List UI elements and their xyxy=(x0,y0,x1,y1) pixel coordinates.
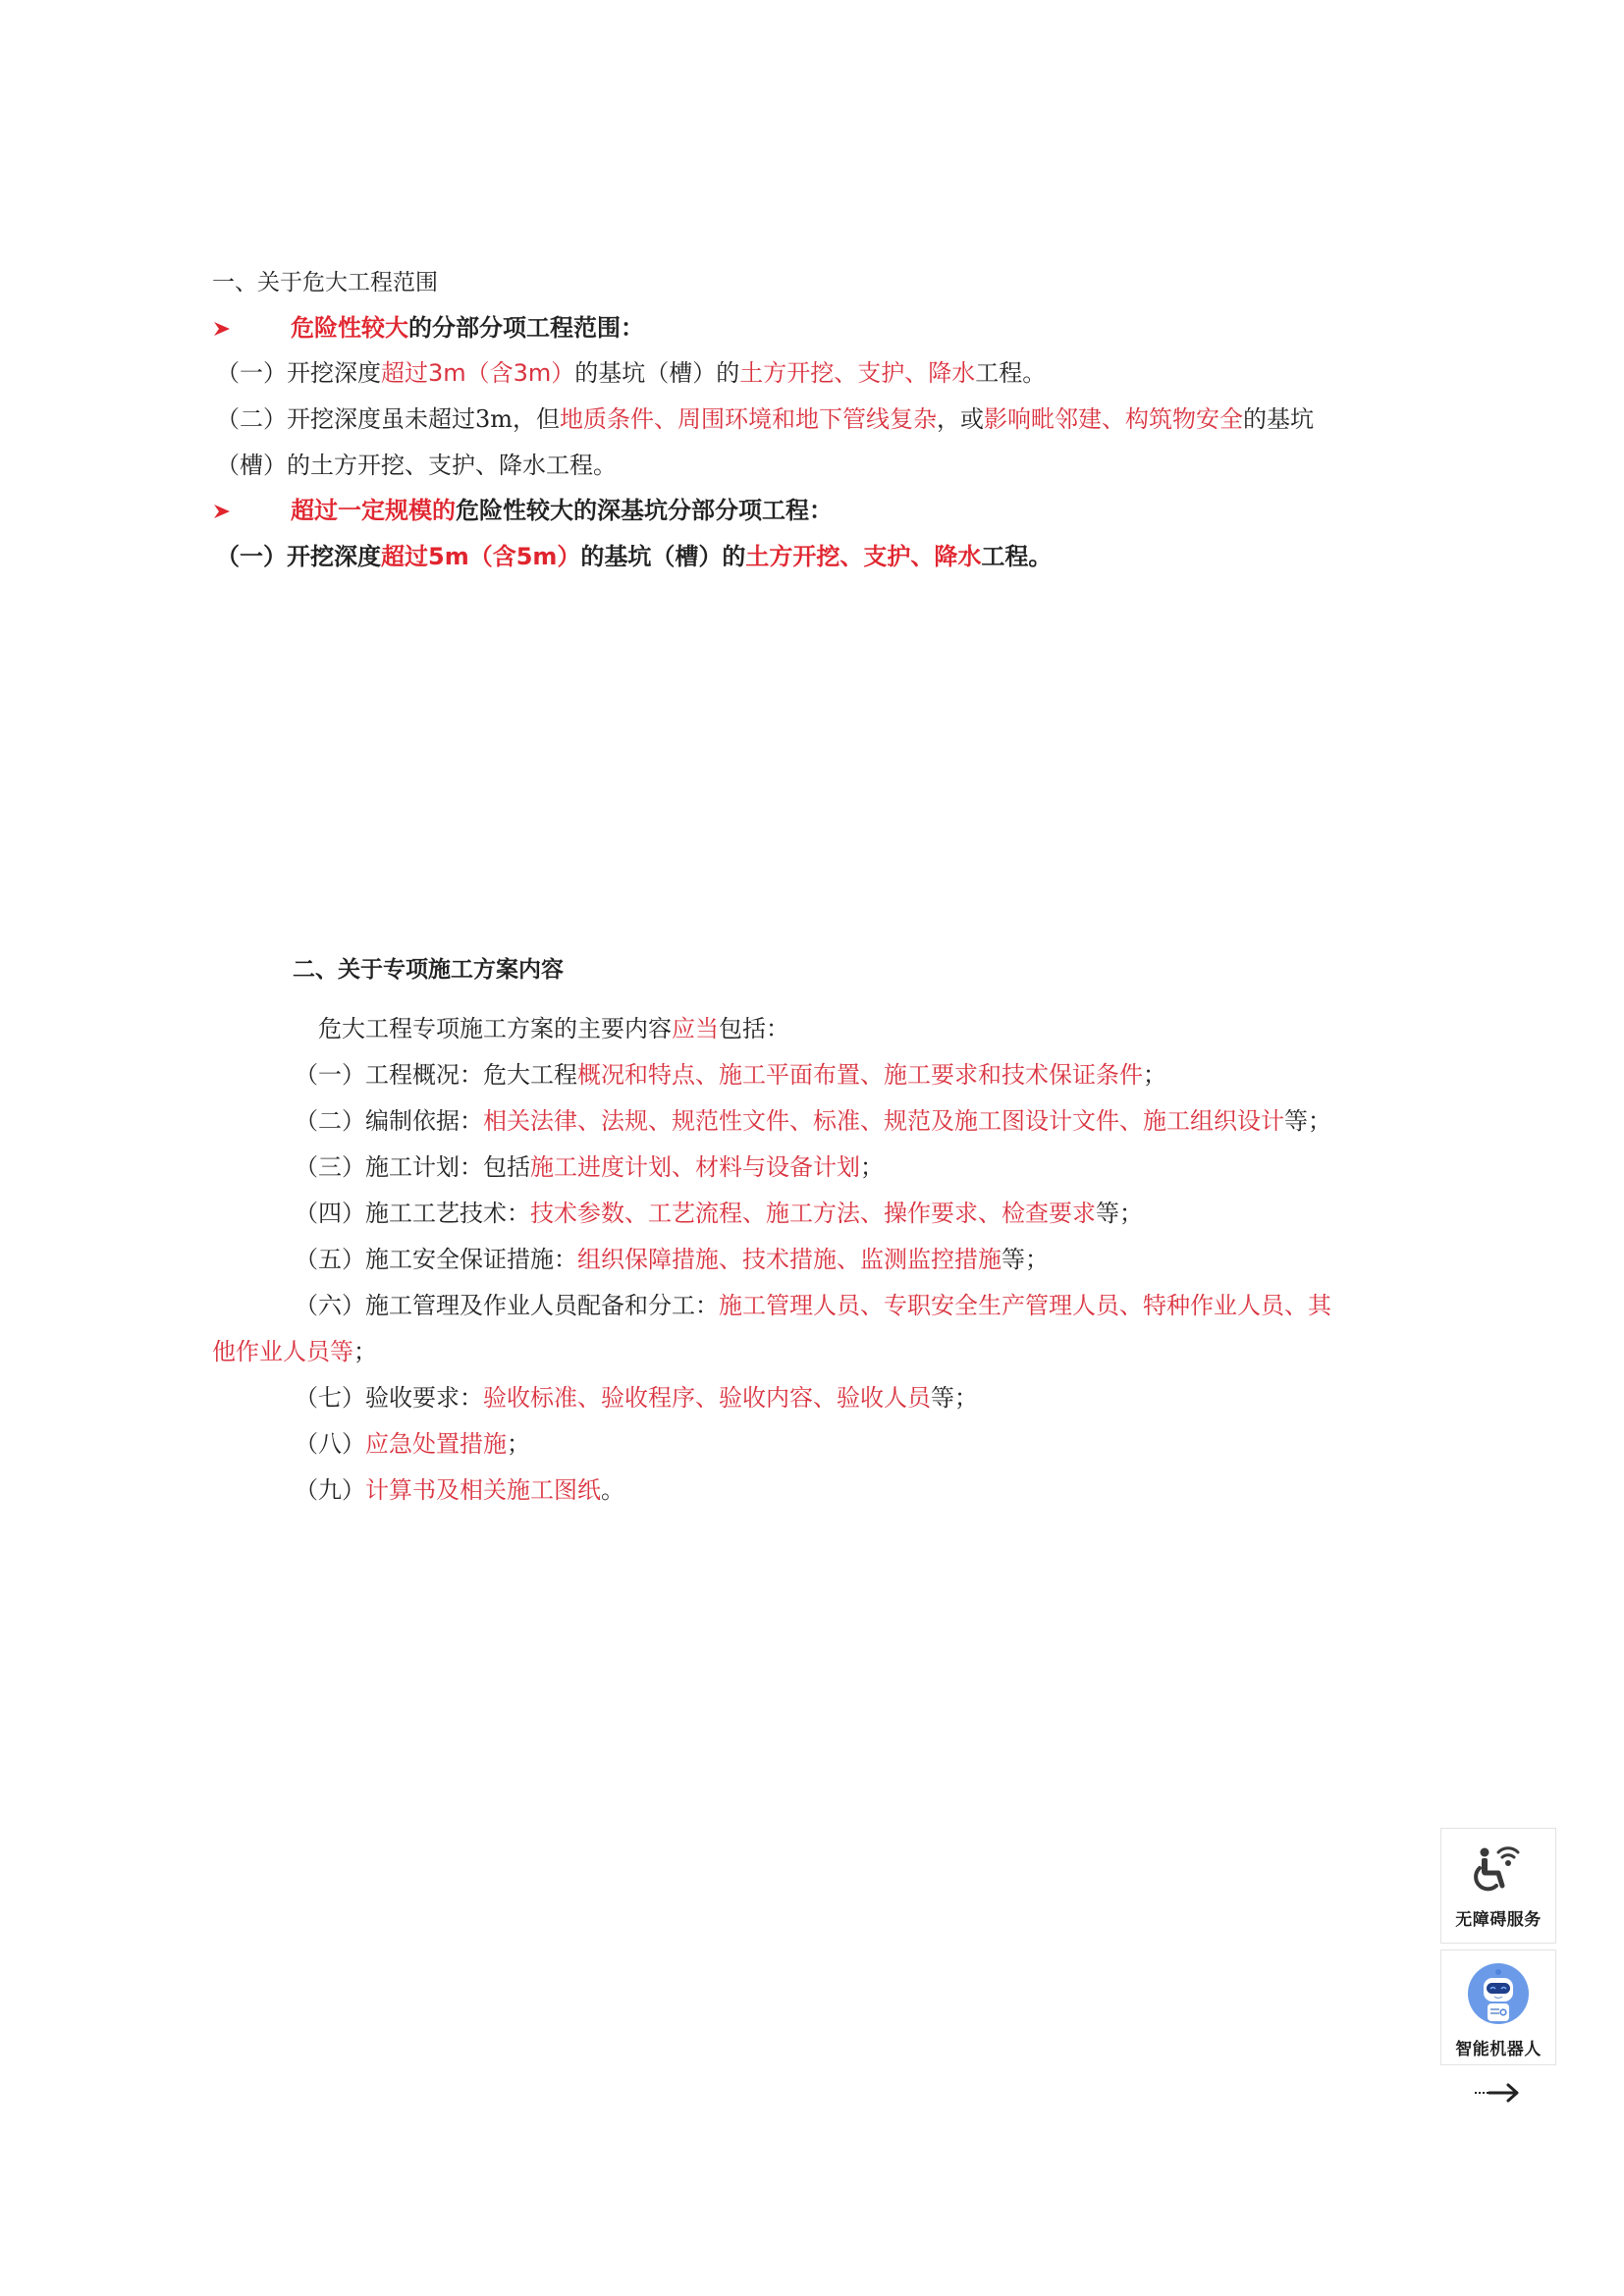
highlight-span: 组织保障措施、技术措施、监测监控措施 xyxy=(577,1246,1001,1273)
bullet-2-highlight: 超过一定规模的 xyxy=(291,497,456,524)
text-span: 危大工程专项施工方案的主要内容 xyxy=(318,1015,672,1042)
highlight-span: 土方开挖、支护、降水 xyxy=(739,359,975,387)
smart-robot-button[interactable]: 智能机器人 xyxy=(1440,1949,1556,2065)
text-span: 包括： xyxy=(719,1015,789,1042)
content-item-7: （七）验收要求：验收标准、验收程序、验收内容、验收人员等； xyxy=(295,1382,978,1414)
section-1-heading: 一、关于危大工程范围 xyxy=(212,267,438,298)
text-span: 等； xyxy=(1001,1246,1049,1273)
robot-label: 智能机器人 xyxy=(1455,2035,1542,2059)
highlight-span: 验收标准、验收程序、验收内容、验收人员 xyxy=(483,1384,931,1412)
text-span: ； xyxy=(1143,1061,1166,1089)
text-span: （九） xyxy=(295,1476,365,1504)
text-span: （一）开挖深度 xyxy=(216,543,381,570)
dotted-arrow-right-icon[interactable] xyxy=(1473,2081,1522,2105)
scope-item-2-line-1: （二）开挖深度虽未超过3m，但地质条件、周围环境和地下管线复杂，或影响毗邻建、构… xyxy=(216,403,1314,435)
text-span: ； xyxy=(860,1153,884,1181)
text-span: 工程。 xyxy=(981,543,1052,570)
accessibility-label: 无障碍服务 xyxy=(1455,1905,1542,1930)
highlight-span: 施工进度计划、材料与设备计划 xyxy=(530,1153,860,1181)
highlight-span: 施工管理人员、专职安全生产管理人员、特种作业人员、其 xyxy=(719,1292,1331,1319)
text-span: ，或 xyxy=(937,405,984,433)
highlight-span: 概况和特点、施工平面布置、施工要求和技术保证条件 xyxy=(577,1061,1143,1089)
bullet-2-rest: 危险性较大的深基坑分部分项工程： xyxy=(456,497,833,524)
accessibility-service-button[interactable]: 无障碍服务 xyxy=(1440,1828,1556,1944)
text-span: 等； xyxy=(1284,1107,1331,1135)
highlight-span: 他作业人员等 xyxy=(212,1338,353,1365)
highlight-span: 超过3m（含3m） xyxy=(381,359,574,387)
bullet-1-highlight: 危险性较大 xyxy=(291,314,408,342)
bullet-2-text: 超过一定规模的危险性较大的深基坑分部分项工程： xyxy=(291,495,833,526)
text-span: ； xyxy=(353,1338,377,1365)
robot-icon xyxy=(1467,1962,1530,2029)
content-item-1: （一）工程概况：危大工程概况和特点、施工平面布置、施工要求和技术保证条件； xyxy=(295,1059,1166,1091)
content-item-8: （八）应急处置措施； xyxy=(295,1428,530,1460)
wheelchair-wifi-icon xyxy=(1471,1844,1526,1899)
highlight-span: 技术参数、工艺流程、施工方法、操作要求、检查要求 xyxy=(530,1200,1096,1227)
text-span: （五）施工安全保证措施： xyxy=(295,1246,577,1273)
bullet-1-rest: 的分部分项工程范围： xyxy=(408,314,644,342)
text-span: 等； xyxy=(1096,1200,1143,1227)
text-span: （一）开挖深度 xyxy=(216,359,381,387)
text-span: （八） xyxy=(295,1430,365,1458)
text-span: （一）工程概况：危大工程 xyxy=(295,1061,577,1089)
section-2-heading: 二、关于专项施工方案内容 xyxy=(293,954,564,986)
highlight-span: 地质条件、周围环境和地下管线复杂 xyxy=(560,405,937,433)
highlight-span: 影响毗邻建、构筑物安全 xyxy=(984,405,1243,433)
content-item-2: （二）编制依据：相关法律、法规、规范性文件、标准、规范及施工图设计文件、施工组织… xyxy=(295,1105,1331,1137)
text-span: 工程。 xyxy=(975,359,1046,387)
text-span: （二）编制依据： xyxy=(295,1107,483,1135)
bullet-1-text: 危险性较大的分部分项工程范围： xyxy=(291,312,644,344)
section-2-intro: 危大工程专项施工方案的主要内容应当包括： xyxy=(318,1013,789,1044)
text-span: 的基坑（槽）的 xyxy=(580,543,745,570)
content-item-6-line-1: （六）施工管理及作业人员配备和分工：施工管理人员、专职安全生产管理人员、特种作业… xyxy=(295,1290,1331,1321)
text-span: 等； xyxy=(931,1384,978,1412)
highlight-span: 超过5m（含5m） xyxy=(381,543,580,570)
text-span: 。 xyxy=(601,1476,624,1504)
text-span: ； xyxy=(507,1430,530,1458)
content-item-4: （四）施工工艺技术：技术参数、工艺流程、施工方法、操作要求、检查要求等； xyxy=(295,1198,1143,1229)
highlight-span: 土方开挖、支护、降水 xyxy=(745,543,981,570)
scope-item-3: （一）开挖深度超过5m（含5m）的基坑（槽）的土方开挖、支护、降水工程。 xyxy=(216,541,1052,572)
scope-item-2-line-2: （槽）的土方开挖、支护、降水工程。 xyxy=(216,450,617,481)
text-span: 的基坑（槽）的 xyxy=(574,359,739,387)
content-item-9: （九）计算书及相关施工图纸。 xyxy=(295,1474,624,1506)
text-span: 的基坑 xyxy=(1243,405,1314,433)
highlight-span: 应当 xyxy=(672,1015,719,1042)
highlight-span: 应急处置措施 xyxy=(365,1430,507,1458)
content-item-6-line-2: 他作业人员等； xyxy=(212,1336,377,1367)
text-span: （七）验收要求： xyxy=(295,1384,483,1412)
text-span: （二）开挖深度虽未超过3m，但 xyxy=(216,405,560,433)
highlight-span: 相关法律、法规、规范性文件、标准、规范及施工图设计文件、施工组织设计 xyxy=(483,1107,1284,1135)
text-span: （四）施工工艺技术： xyxy=(295,1200,530,1227)
content-item-3: （三）施工计划：包括施工进度计划、材料与设备计划； xyxy=(295,1151,884,1183)
text-span: （六）施工管理及作业人员配备和分工： xyxy=(295,1292,719,1319)
content-item-5: （五）施工安全保证措施：组织保障措施、技术措施、监测监控措施等； xyxy=(295,1244,1049,1275)
scope-item-1: （一）开挖深度超过3m（含3m）的基坑（槽）的土方开挖、支护、降水工程。 xyxy=(216,357,1046,389)
text-span: （三）施工计划：包括 xyxy=(295,1153,530,1181)
highlight-span: 计算书及相关施工图纸 xyxy=(365,1476,601,1504)
